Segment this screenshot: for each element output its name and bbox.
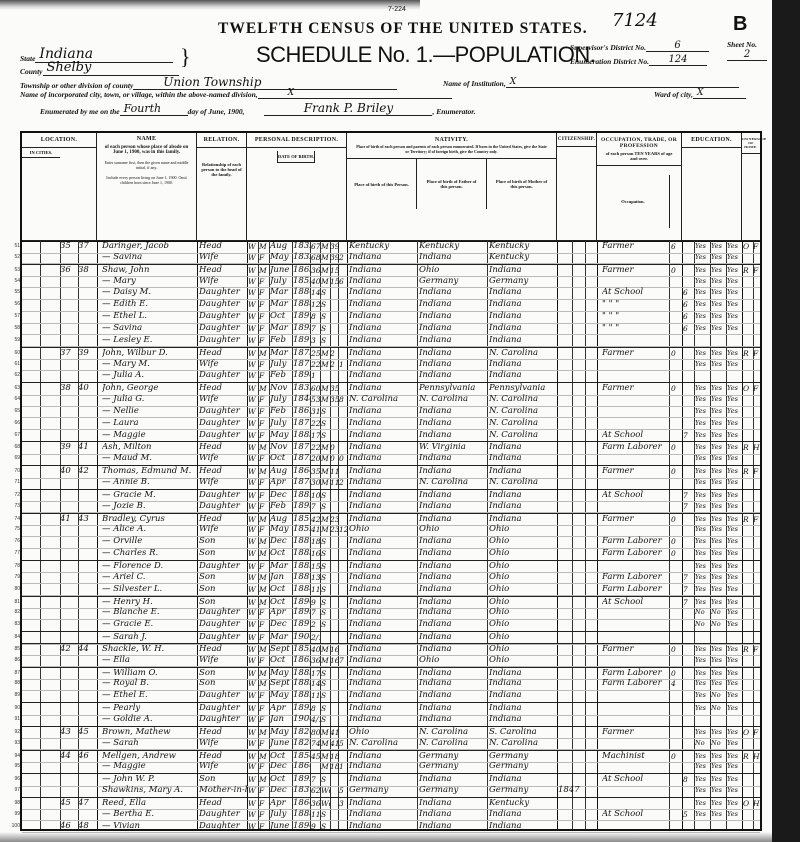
form-number: 7-224 bbox=[388, 6, 406, 13]
birthplace-cell: Indiana bbox=[349, 501, 417, 513]
mother-of-cell bbox=[339, 548, 348, 560]
mother-birthplace-cell: Kentucky bbox=[489, 252, 557, 264]
relation-cell: Daughter bbox=[199, 406, 247, 418]
farm-house-cell bbox=[753, 738, 760, 750]
birth-month-cell: Oct bbox=[270, 655, 292, 667]
school-months-cell bbox=[683, 761, 694, 773]
brace: } bbox=[180, 44, 191, 70]
birth-year-cell: 1864 bbox=[293, 761, 310, 773]
relation-cell: Daughter bbox=[199, 335, 247, 347]
farm-house-cell: F bbox=[753, 466, 760, 478]
years-married-cell: 0 bbox=[330, 453, 339, 465]
relation-cell: Head bbox=[199, 442, 247, 454]
mother-of-cell: 12 bbox=[339, 524, 348, 536]
mother-birthplace-cell: Kentucky bbox=[489, 241, 557, 253]
immigration-year-cell bbox=[558, 252, 585, 264]
can-write-cell: Yes bbox=[711, 323, 726, 335]
dwelling-number-cell bbox=[60, 548, 78, 560]
line-number: 85 bbox=[6, 644, 20, 655]
father-birthplace-cell: Indiana bbox=[419, 678, 487, 690]
table-row: 89— Ethel E.DaughterWFMay188911SIndianaI… bbox=[22, 690, 760, 703]
owned-rented-cell bbox=[743, 761, 753, 773]
occupation-cell: Farm Laborer bbox=[602, 668, 669, 680]
sex-cell: F bbox=[259, 809, 269, 821]
dwelling-number-cell bbox=[60, 714, 78, 726]
mother-of-cell bbox=[339, 536, 348, 548]
table-row: 82— Blanche E.DaughterWFApr18937SIndiana… bbox=[22, 607, 760, 620]
father-birthplace-cell: Indiana bbox=[419, 335, 487, 347]
relation-cell: Wife bbox=[199, 359, 247, 371]
person-name-cell: — Pearly bbox=[102, 703, 197, 715]
birthplace-cell: Germany bbox=[349, 785, 417, 797]
sex-cell: F bbox=[259, 798, 269, 810]
mother-of-cell bbox=[339, 774, 348, 786]
family-number-cell bbox=[78, 276, 97, 288]
can-write-cell: No bbox=[711, 607, 726, 619]
sex-cell: F bbox=[259, 430, 269, 442]
birthplace-cell: Indiana bbox=[349, 252, 417, 264]
mother-of-cell bbox=[339, 668, 348, 680]
months-unemployed-cell: 0 bbox=[671, 548, 682, 560]
birth-year-cell: 1897 bbox=[293, 335, 310, 347]
years-married-cell bbox=[330, 323, 339, 335]
relation-cell: Wife bbox=[199, 524, 247, 536]
immigration-year-cell bbox=[558, 632, 585, 644]
occupation-cell: Farmer bbox=[602, 644, 669, 656]
months-unemployed-cell bbox=[671, 632, 682, 644]
table-row: 99— Bertha E.DaughterWFJuly188811SIndian… bbox=[22, 809, 760, 822]
mother-birthplace-cell: Germany bbox=[489, 751, 557, 763]
marital-status-cell: M bbox=[321, 477, 330, 489]
can-speak-english-cell: Yes bbox=[727, 514, 742, 526]
birth-year-cell: 1883 bbox=[293, 668, 310, 680]
farm-house-cell bbox=[753, 453, 760, 465]
ward-label: Ward of city, bbox=[654, 90, 693, 99]
birthplace-cell: N. Carolina bbox=[349, 394, 417, 406]
marital-status-cell: M bbox=[321, 644, 330, 656]
months-unemployed-cell bbox=[671, 761, 682, 773]
age-cell: 7 bbox=[311, 501, 320, 513]
marital-status-cell: S bbox=[321, 703, 330, 715]
color-cell: W bbox=[248, 265, 258, 277]
age-cell: 22 bbox=[311, 418, 320, 430]
years-married-cell bbox=[330, 418, 339, 430]
line-number: 63 bbox=[6, 383, 20, 394]
nativity-desc: Place of birth of each person and parent… bbox=[347, 144, 556, 159]
school-months-cell: 7 bbox=[683, 597, 694, 609]
can-read-cell: Yes bbox=[695, 442, 710, 454]
table-row: 83— Gracie E.DaughterWFDec18972SIndianaI… bbox=[22, 619, 760, 632]
person-name-cell: — Laura bbox=[102, 418, 197, 430]
school-months-cell: 6 bbox=[683, 323, 694, 335]
dwelling-number-cell bbox=[60, 536, 78, 548]
mother-birthplace-cell: Indiana bbox=[489, 714, 557, 726]
mother-birthplace-cell: Indiana bbox=[489, 703, 557, 715]
can-read-cell bbox=[695, 714, 710, 726]
immigration-year-cell bbox=[558, 644, 585, 656]
farm-house-cell bbox=[753, 490, 760, 502]
location-title: LOCATION. bbox=[22, 133, 96, 148]
months-unemployed-cell bbox=[671, 252, 682, 264]
dwelling-number-cell bbox=[60, 406, 78, 418]
dwelling-number-cell bbox=[60, 490, 78, 502]
enumerator-name: Frank P. Briley bbox=[264, 101, 432, 116]
birth-month-cell: Aug bbox=[270, 514, 292, 526]
can-write-cell: Yes bbox=[711, 287, 726, 299]
mother-birthplace-cell: Kentucky bbox=[489, 798, 557, 810]
sex-cell: F bbox=[259, 477, 269, 489]
marital-status-cell: M bbox=[321, 466, 330, 478]
birth-month-cell: July bbox=[270, 418, 292, 430]
birth-month-cell: Jan bbox=[270, 572, 292, 584]
age-cell: 30 bbox=[311, 477, 320, 489]
marital-status-cell: M bbox=[321, 655, 330, 667]
can-write-cell: Yes bbox=[711, 394, 726, 406]
school-months-cell bbox=[683, 241, 694, 253]
owned-rented-cell: O bbox=[743, 241, 753, 253]
birth-month-cell: Sept bbox=[270, 644, 292, 656]
family-number-cell: 38 bbox=[78, 265, 97, 277]
sheet-number-field: Sheet No. 2 bbox=[727, 40, 767, 61]
months-unemployed-cell bbox=[671, 690, 682, 702]
birth-year-cell: 1888 bbox=[293, 584, 310, 596]
occupation-cell: Farmer bbox=[602, 727, 669, 739]
table-row: 75— Alice A.WifeWFMay185941M2312OhioOhio… bbox=[22, 524, 760, 537]
can-speak-english-cell: Yes bbox=[727, 287, 742, 299]
dwelling-number-cell: 46 bbox=[60, 821, 78, 833]
birth-month-cell: Oct bbox=[270, 751, 292, 763]
birth-month-cell: Dec bbox=[270, 785, 292, 797]
birth-year-cell: 1869 bbox=[293, 406, 310, 418]
immigration-year-cell bbox=[558, 751, 585, 763]
months-unemployed-cell bbox=[671, 619, 682, 631]
color-cell: W bbox=[248, 524, 258, 536]
birth-month-cell: June bbox=[270, 821, 292, 833]
owned-rented-cell: R bbox=[743, 514, 753, 526]
birth-year-cell: 1892 bbox=[293, 774, 310, 786]
person-name-cell: — William O. bbox=[102, 668, 197, 680]
years-married-cell bbox=[330, 501, 339, 513]
can-read-cell: Yes bbox=[695, 348, 710, 360]
school-months-cell: 7 bbox=[683, 584, 694, 596]
mother-birthplace-cell: Indiana bbox=[489, 299, 557, 311]
owned-rented-cell bbox=[743, 501, 753, 513]
can-speak-english-cell: Yes bbox=[727, 323, 742, 335]
dwelling-number-cell bbox=[60, 632, 78, 644]
occupation-cell bbox=[602, 418, 669, 430]
months-unemployed-cell bbox=[671, 607, 682, 619]
table-row: 73— Jozie B.DaughterWFFeb18937SIndianaIn… bbox=[22, 501, 760, 514]
birth-month-cell: Oct bbox=[270, 584, 292, 596]
family-number-cell bbox=[78, 311, 97, 323]
birth-year-cell: 1898 bbox=[293, 370, 310, 382]
can-speak-english-cell: Yes bbox=[727, 619, 742, 631]
birth-month-cell: Feb bbox=[270, 406, 292, 418]
can-speak-english-cell: Yes bbox=[727, 561, 742, 573]
school-months-cell: 7 bbox=[683, 490, 694, 502]
immigration-year-cell bbox=[558, 524, 585, 536]
can-read-cell: Yes bbox=[695, 678, 710, 690]
can-speak-english-cell: Yes bbox=[727, 774, 742, 786]
birth-month-cell: Oct bbox=[270, 548, 292, 560]
school-months-cell bbox=[683, 348, 694, 360]
family-number-cell bbox=[78, 536, 97, 548]
years-married-cell bbox=[330, 821, 339, 833]
person-name-cell: — Nellie bbox=[102, 406, 197, 418]
can-write-cell: Yes bbox=[711, 798, 726, 810]
age-cell: 36 bbox=[311, 655, 320, 667]
city-field: Name of incorporated city, town, or vill… bbox=[20, 88, 452, 99]
immigration-year-cell bbox=[558, 655, 585, 667]
color-cell: W bbox=[248, 453, 258, 465]
header-education: EDUCATION. bbox=[682, 133, 742, 240]
family-number-cell bbox=[78, 809, 97, 821]
owned-rented-cell bbox=[743, 252, 753, 264]
relation-cell: Daughter bbox=[199, 501, 247, 513]
supervisor-district-field: Supervisor's District No. 6 bbox=[570, 40, 709, 52]
can-read-cell: Yes bbox=[695, 644, 710, 656]
person-name-cell: — Maud M. bbox=[102, 453, 197, 465]
ward-value: X bbox=[693, 88, 746, 99]
farm-house-cell bbox=[753, 619, 760, 631]
dwelling-number-cell bbox=[60, 678, 78, 690]
owned-rented-cell bbox=[743, 394, 753, 406]
can-read-cell: No bbox=[695, 738, 710, 750]
scan-border bbox=[772, 0, 800, 842]
table-row: 58— SavinaDaughterWFMar18937SIndianaIndi… bbox=[22, 323, 760, 336]
relation-cell: Mother-in-law bbox=[199, 785, 247, 797]
years-married-cell: 0 bbox=[330, 442, 339, 454]
can-read-cell: Yes bbox=[695, 655, 710, 667]
family-number-cell bbox=[78, 418, 97, 430]
mother-birthplace-cell: N. Carolina bbox=[489, 348, 557, 360]
months-unemployed-cell bbox=[671, 584, 682, 596]
color-cell: W bbox=[248, 348, 258, 360]
mother-birthplace-cell: Germany bbox=[489, 276, 557, 288]
birthplace-cell: Indiana bbox=[349, 442, 417, 454]
family-number-cell bbox=[78, 572, 97, 584]
school-months-cell bbox=[683, 821, 694, 833]
mother-of-cell bbox=[339, 335, 348, 347]
family-number-cell bbox=[78, 524, 97, 536]
immigration-year-cell bbox=[558, 359, 585, 371]
birthplace-cell: Indiana bbox=[349, 597, 417, 609]
farm-house-cell bbox=[753, 774, 760, 786]
occupation-cell bbox=[602, 761, 669, 773]
relation-cell: Daughter bbox=[199, 323, 247, 335]
months-unemployed-cell bbox=[671, 406, 682, 418]
farm-house-cell: H bbox=[753, 442, 760, 454]
dwelling-number-cell: 37 bbox=[60, 348, 78, 360]
relation-cell: Daughter bbox=[199, 287, 247, 299]
can-read-cell: Yes bbox=[695, 406, 710, 418]
can-speak-english-cell bbox=[727, 632, 742, 644]
occupation-cell: Farm Laborer bbox=[602, 536, 669, 548]
marital-status-cell: M bbox=[321, 442, 330, 454]
immigration-year-cell bbox=[558, 311, 585, 323]
months-unemployed-cell bbox=[671, 785, 682, 797]
relation-desc: Relationship of each person to the head … bbox=[197, 162, 246, 177]
can-write-cell: Yes bbox=[711, 241, 726, 253]
owned-rented-cell: R bbox=[743, 265, 753, 277]
line-number: 97 bbox=[6, 785, 20, 796]
marital-status-cell: S bbox=[321, 536, 330, 548]
can-write-cell: Yes bbox=[711, 514, 726, 526]
birthplace-cell: Indiana bbox=[349, 668, 417, 680]
can-write-cell: Yes bbox=[711, 561, 726, 573]
age-cell: 18 bbox=[311, 536, 320, 548]
dwelling-number-cell bbox=[60, 738, 78, 750]
owned-rented-cell bbox=[743, 809, 753, 821]
birth-year-cell: 1888 bbox=[293, 299, 310, 311]
color-cell: W bbox=[248, 751, 258, 763]
birth-year-cell: 1864 bbox=[293, 798, 310, 810]
mother-of-cell bbox=[339, 466, 348, 478]
dwelling-number-cell: 38 bbox=[60, 383, 78, 395]
immigration-year-cell: 1847 bbox=[558, 785, 585, 797]
can-speak-english-cell: Yes bbox=[727, 761, 742, 773]
relation-cell: Son bbox=[199, 572, 247, 584]
occupation-cell: " " " bbox=[602, 311, 669, 323]
county-value: Shelby bbox=[43, 60, 179, 76]
line-number: 82 bbox=[6, 607, 20, 618]
age-cell: 15 bbox=[311, 561, 320, 573]
line-number: 72 bbox=[6, 490, 20, 501]
occupation-cell bbox=[602, 714, 669, 726]
birthplace-cell: Indiana bbox=[349, 477, 417, 489]
can-write-cell: Yes bbox=[711, 348, 726, 360]
owned-rented-cell bbox=[743, 668, 753, 680]
can-read-cell: Yes bbox=[695, 453, 710, 465]
occupation-cell: Farm Laborer bbox=[602, 572, 669, 584]
owned-rented-cell bbox=[743, 678, 753, 690]
can-read-cell: Yes bbox=[695, 490, 710, 502]
birth-year-cell: 1888 bbox=[293, 809, 310, 821]
father-birthplace-cell: W. Virginia bbox=[419, 442, 487, 454]
dwelling-number-cell bbox=[60, 524, 78, 536]
relation-cell: Wife bbox=[199, 477, 247, 489]
sex-cell: F bbox=[259, 501, 269, 513]
school-months-cell bbox=[683, 703, 694, 715]
marital-status-cell: S bbox=[321, 668, 330, 680]
line-number: 89 bbox=[6, 690, 20, 701]
can-read-cell: Yes bbox=[695, 287, 710, 299]
mother-of-cell bbox=[339, 406, 348, 418]
birthplace-cell: Indiana bbox=[349, 761, 417, 773]
mother-of-cell: 2 bbox=[339, 477, 348, 489]
immigration-year-cell bbox=[558, 276, 585, 288]
age-cell: 9 bbox=[311, 821, 320, 833]
relation-cell: Head bbox=[199, 348, 247, 360]
can-write-cell: Yes bbox=[711, 678, 726, 690]
family-number-cell bbox=[78, 655, 97, 667]
father-birthplace-cell: Indiana bbox=[419, 514, 487, 526]
person-name-cell: — Ariel C. bbox=[102, 572, 197, 584]
father-birthplace-cell: Indiana bbox=[419, 453, 487, 465]
family-number-cell bbox=[78, 501, 97, 513]
population-table: LOCATION. IN CITIES. NAME of each person… bbox=[20, 131, 762, 831]
relation-cell: Daughter bbox=[199, 490, 247, 502]
mother-of-cell bbox=[339, 323, 348, 335]
birth-month-cell: Oct bbox=[270, 311, 292, 323]
father-birthplace-cell: Indiana bbox=[419, 406, 487, 418]
occupation-cell: At School bbox=[602, 430, 669, 442]
birthplace-cell: Indiana bbox=[349, 406, 417, 418]
sheet-value: 2 bbox=[727, 49, 767, 61]
birthplace-cell: Kentucky bbox=[349, 241, 417, 253]
can-speak-english-cell: Yes bbox=[727, 477, 742, 489]
color-cell: W bbox=[248, 738, 258, 750]
farm-house-cell: F bbox=[753, 383, 760, 395]
birth-year-cell: 1864 bbox=[293, 466, 310, 478]
relation-cell: Son bbox=[199, 597, 247, 609]
can-write-cell: No bbox=[711, 619, 726, 631]
birthplace-cell: Indiana bbox=[349, 798, 417, 810]
family-number-cell bbox=[78, 287, 97, 299]
can-write-cell: Yes bbox=[711, 252, 726, 264]
mother-birthplace-cell: Indiana bbox=[489, 690, 557, 702]
mother-birthplace-cell: Indiana bbox=[489, 453, 557, 465]
can-speak-english-cell: Yes bbox=[727, 809, 742, 821]
school-months-cell bbox=[683, 727, 694, 739]
color-cell: W bbox=[248, 809, 258, 821]
years-married-cell bbox=[330, 632, 339, 644]
table-row: 65— NellieDaughterWFFeb186931SIndianaInd… bbox=[22, 406, 760, 419]
years-married-cell: 11 bbox=[330, 477, 339, 489]
sex-cell: M bbox=[259, 597, 269, 609]
mother-of-cell bbox=[339, 561, 348, 573]
can-read-cell: Yes bbox=[695, 597, 710, 609]
mother-of-cell bbox=[339, 514, 348, 526]
farm-house-cell bbox=[753, 430, 760, 442]
mother-birthplace-cell: Indiana bbox=[489, 678, 557, 690]
city-label: Name of incorporated city, town, or vill… bbox=[20, 90, 258, 99]
sex-cell: M bbox=[259, 584, 269, 596]
dwelling-number-cell bbox=[60, 477, 78, 489]
birth-year-cell: 1893 bbox=[293, 607, 310, 619]
farm-house-cell bbox=[753, 584, 760, 596]
school-months-cell bbox=[683, 751, 694, 763]
months-unemployed-cell bbox=[671, 572, 682, 584]
marital-status-cell: S bbox=[321, 490, 330, 502]
marital-status-cell: Wd bbox=[321, 798, 330, 810]
relation-cell: Head bbox=[199, 383, 247, 395]
marital-status-cell: S bbox=[321, 774, 330, 786]
dwelling-number-cell bbox=[60, 311, 78, 323]
school-months-cell: 5 bbox=[683, 809, 694, 821]
dwelling-number-cell bbox=[60, 501, 78, 513]
years-married-cell bbox=[330, 597, 339, 609]
occupation-cell: At School bbox=[602, 490, 669, 502]
sex-cell: M bbox=[259, 548, 269, 560]
line-number: 99 bbox=[6, 809, 20, 820]
birthplace-cell: Indiana bbox=[349, 607, 417, 619]
months-unemployed-cell: 0 bbox=[671, 644, 682, 656]
dwelling-number-cell: 36 bbox=[60, 265, 78, 277]
immigration-year-cell bbox=[558, 430, 585, 442]
school-months-cell bbox=[683, 714, 694, 726]
can-speak-english-cell: Yes bbox=[727, 798, 742, 810]
can-read-cell: Yes bbox=[695, 584, 710, 596]
age-cell: 14 bbox=[311, 287, 320, 299]
birthplace-cell: Indiana bbox=[349, 751, 417, 763]
school-months-cell: 6 bbox=[683, 287, 694, 299]
can-write-cell: Yes bbox=[711, 442, 726, 454]
age-cell: 2/12 bbox=[311, 632, 320, 644]
sex-cell: F bbox=[259, 690, 269, 702]
table-row: 71— Annie B.WifeWFApr187030M112IndianaN.… bbox=[22, 477, 760, 490]
schedule-title: SCHEDULE No. 1.—POPULATION. bbox=[256, 42, 595, 68]
